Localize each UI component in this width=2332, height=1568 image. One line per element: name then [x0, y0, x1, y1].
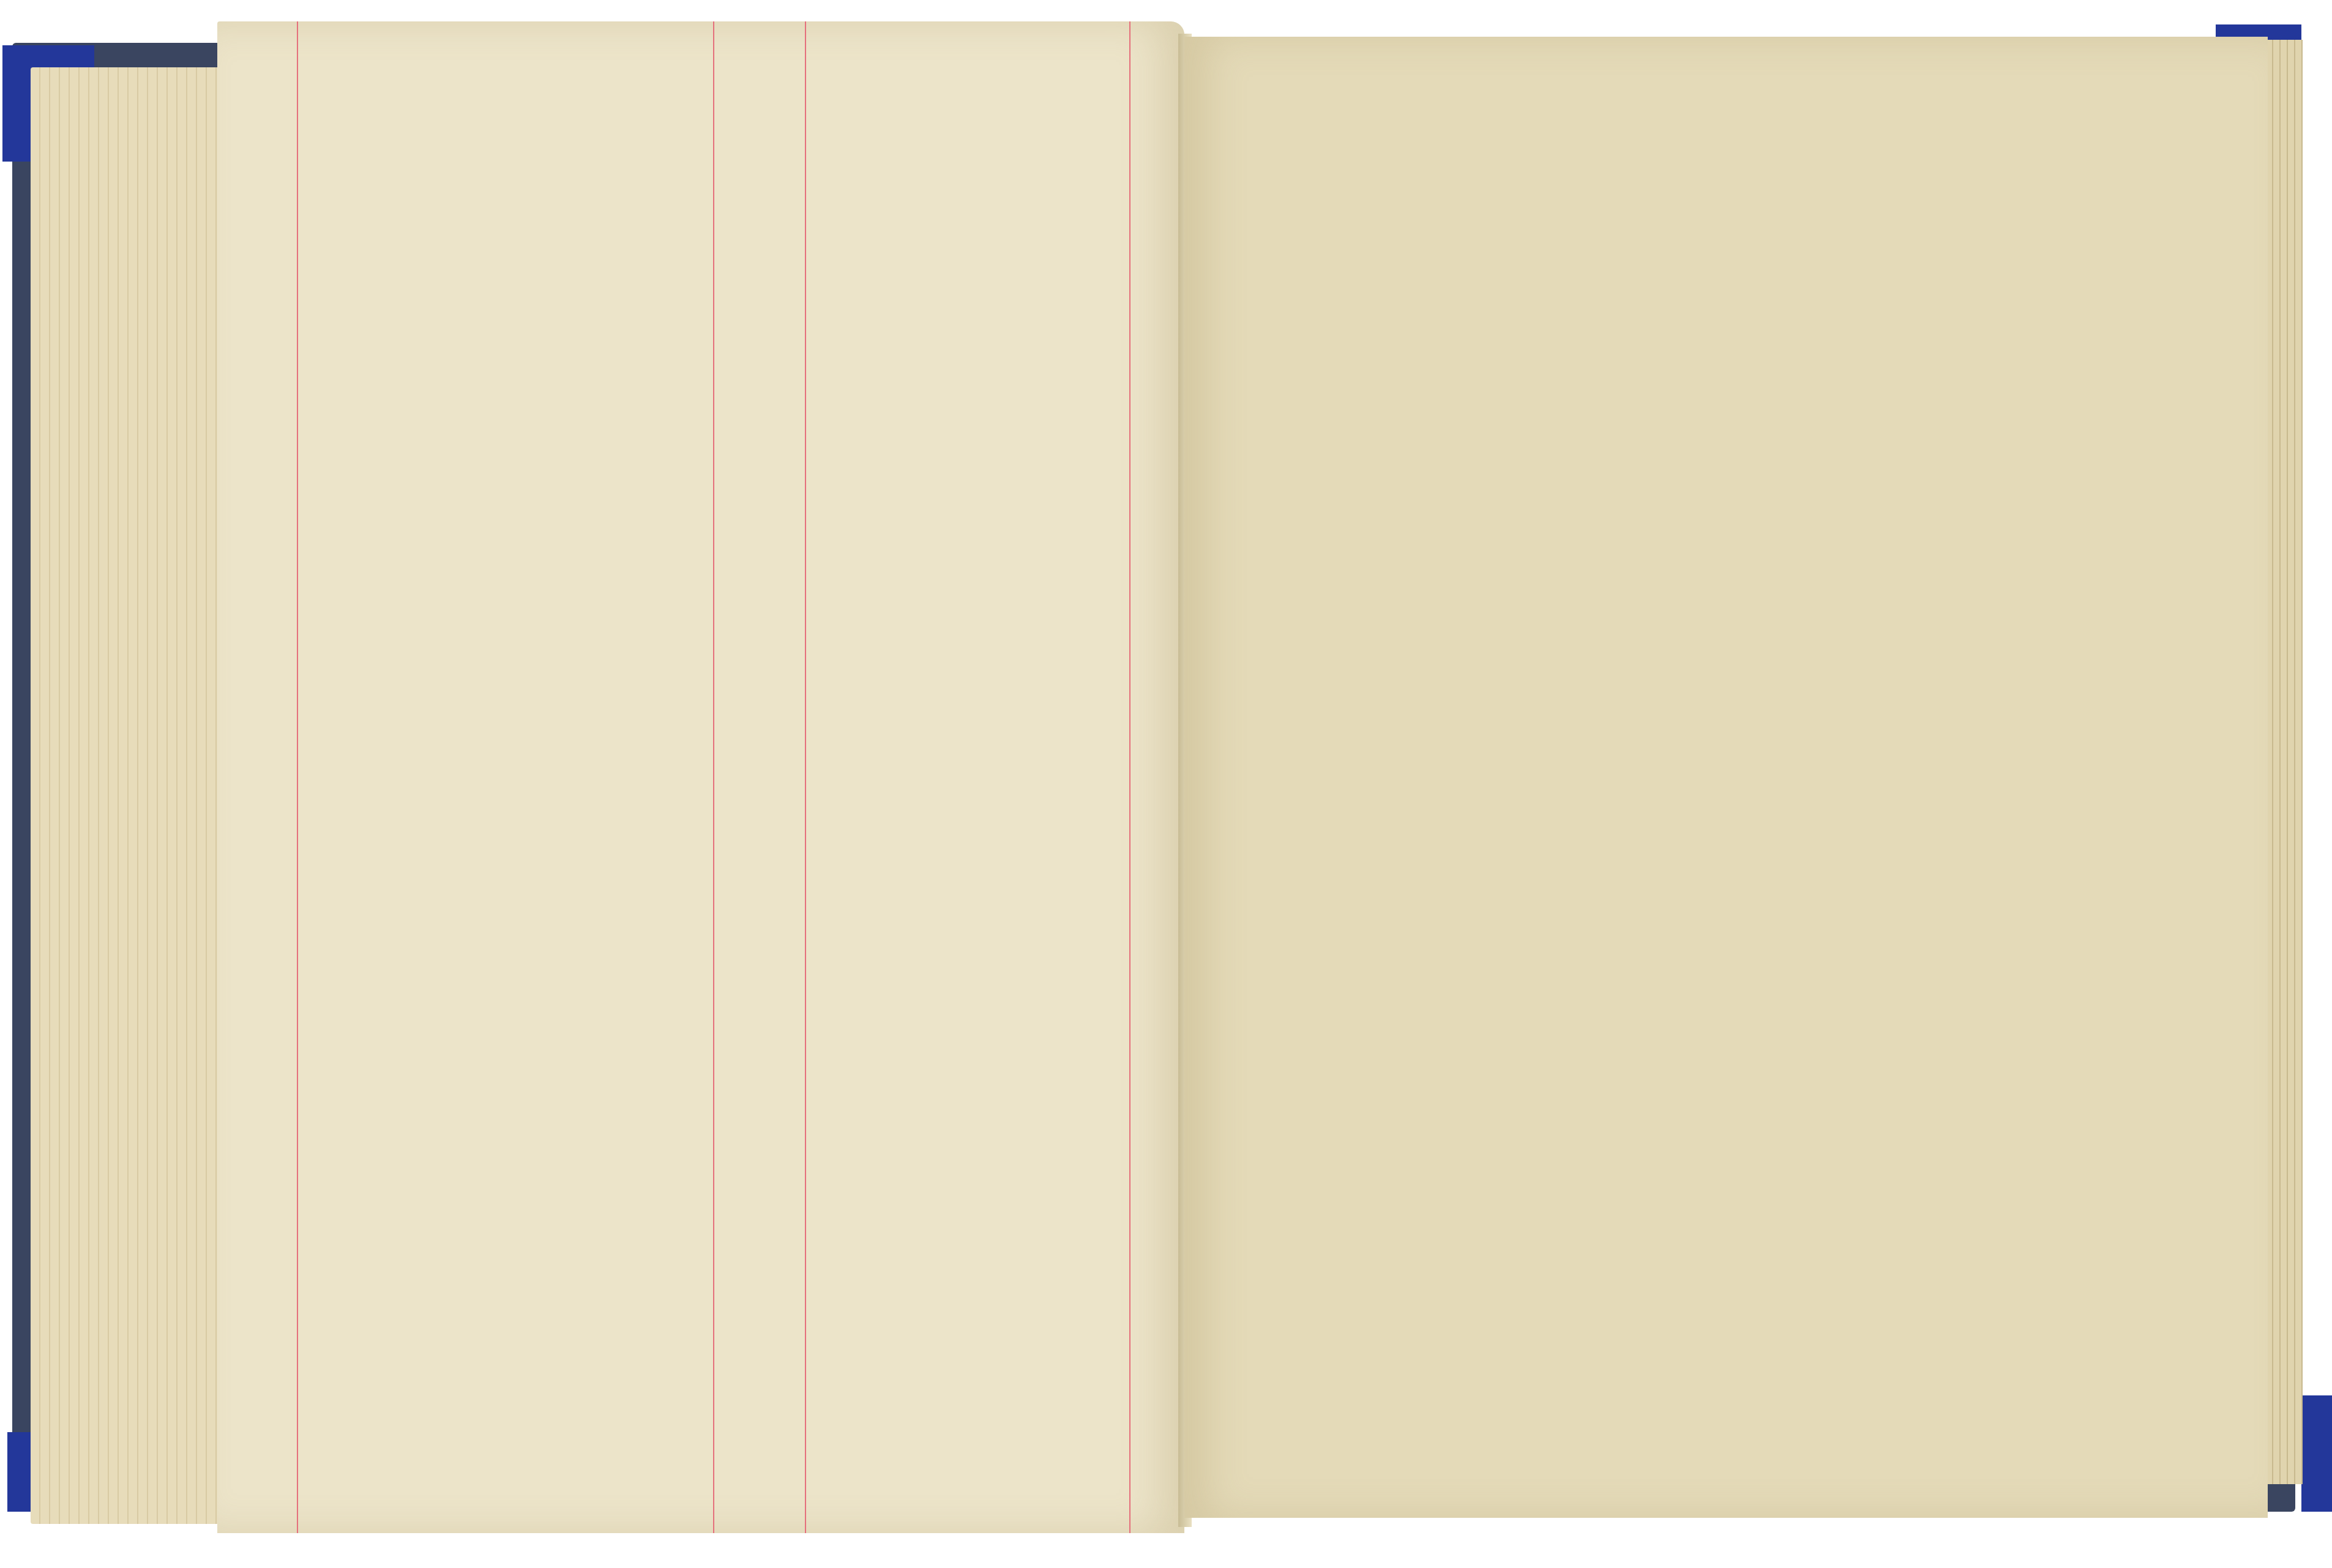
ledger-price-column-line [713, 21, 714, 1533]
ledger-remarks-column-line [1129, 21, 1130, 1533]
catalog-page [1184, 37, 2268, 1518]
ledger-margin-line [297, 21, 298, 1533]
cover-corner-bottom-right [2301, 1395, 2332, 1512]
ledger-page [217, 21, 1184, 1533]
page-edges-left [31, 67, 220, 1524]
ledger-buyer-column-line [805, 21, 806, 1533]
